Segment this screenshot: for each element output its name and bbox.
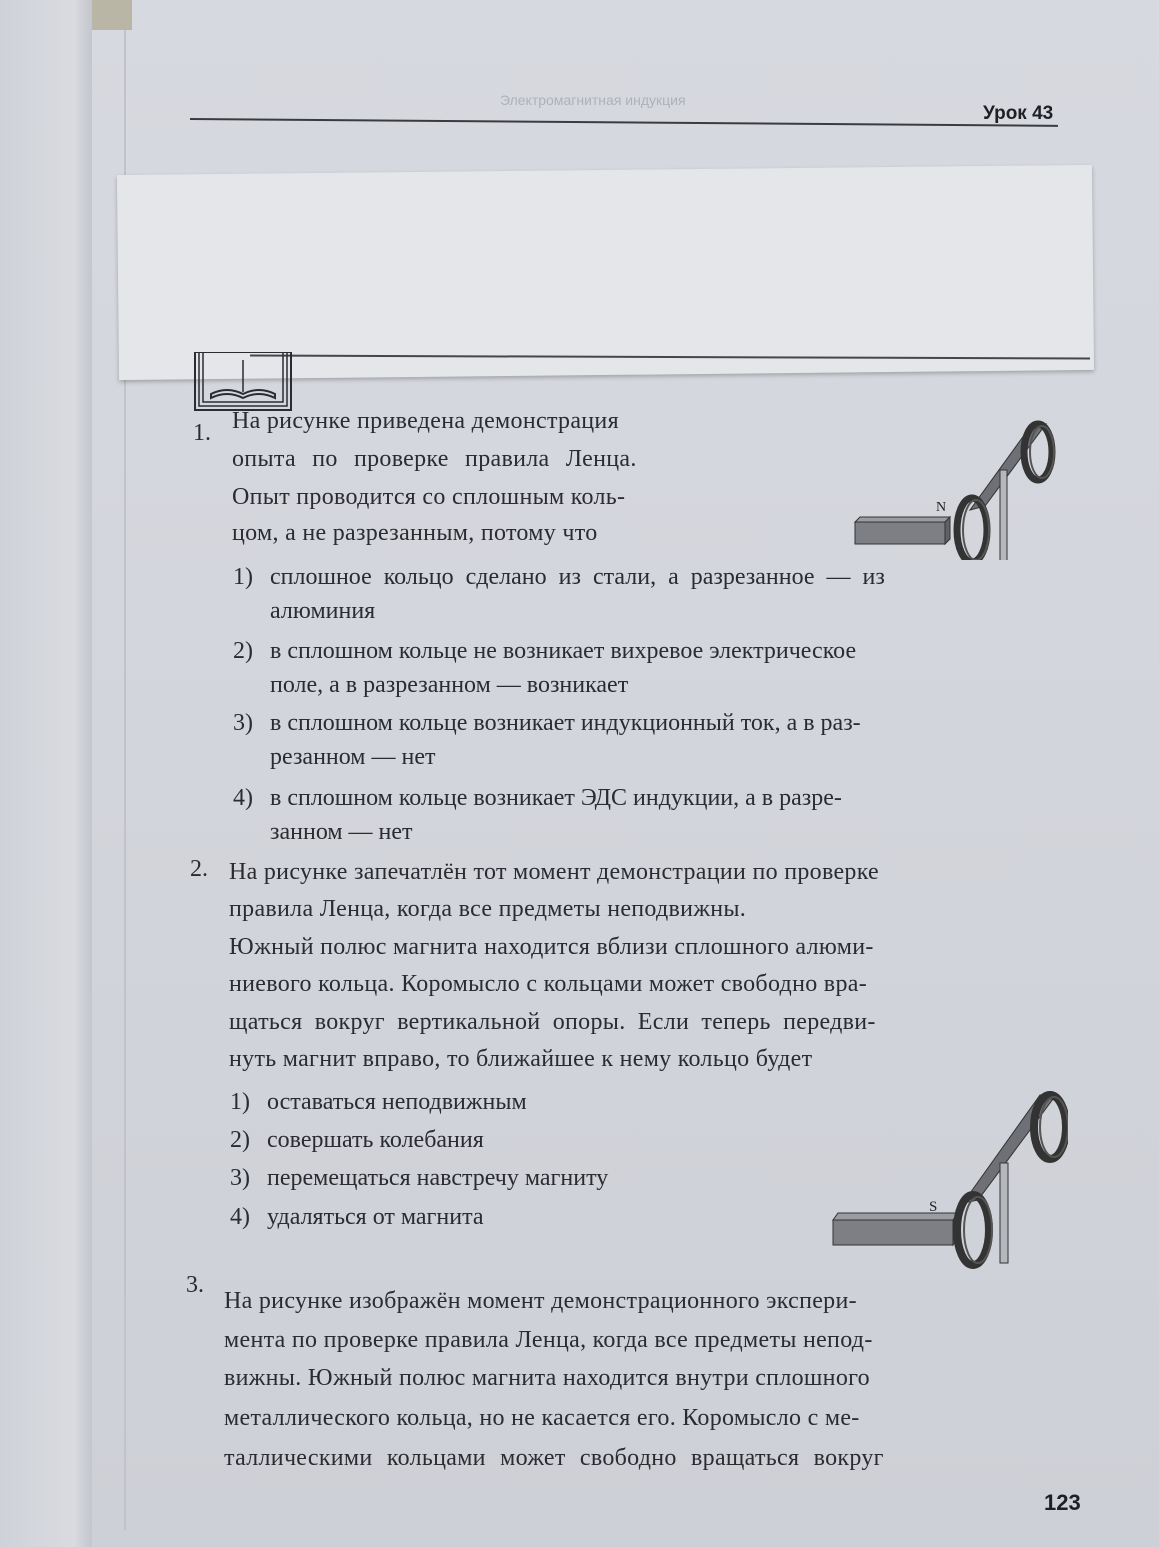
question-text-line: ниевого кольца. Коромысло с кольцами мож… — [229, 966, 867, 1002]
covering-paper-strip — [117, 165, 1094, 380]
option-text: совершать колебания — [267, 1123, 484, 1158]
answer-option-4[interactable]: 4) в сплошном кольце возникает ЭДС индук… — [233, 781, 1063, 853]
option-number: 2) — [230, 1123, 250, 1158]
option-number: 3) — [230, 1161, 250, 1196]
option-text: оставаться неподвижным — [267, 1085, 527, 1120]
question-text-line: цом, а не разрезанным, потому что — [232, 515, 598, 551]
answer-option-2[interactable]: 2) в сплошном кольце не возникает вихрев… — [233, 634, 1063, 706]
option-number: 1) — [230, 1085, 250, 1120]
question-text-line: Опыт проводится со сплошным коль- — [232, 479, 625, 515]
lenz-rule-apparatus-figure: N — [850, 410, 1060, 560]
option-text: алюминия — [270, 594, 375, 629]
answer-option-1[interactable]: 1) оставаться неподвижным — [230, 1085, 790, 1121]
left-page-edge — [0, 0, 92, 1547]
question-text-line: Южный полюс магнита находится вблизи спл… — [229, 929, 874, 965]
answer-option-4[interactable]: 4) удаляться от магнита — [230, 1200, 790, 1236]
question-text-line: На рисунке приведена демонстрация — [232, 403, 619, 439]
option-text: резанном — нет — [270, 740, 435, 775]
answer-option-3[interactable]: 3) в сплошном кольце возникает индукцион… — [233, 706, 1063, 778]
option-number: 4) — [230, 1200, 250, 1235]
question-number: 1. — [193, 420, 211, 447]
option-text: удаляться от магнита — [267, 1200, 484, 1235]
option-text: поле, а в разрезанном — возникает — [270, 668, 628, 703]
question-text-line: правила Ленца, когда все предметы неподв… — [229, 891, 746, 927]
question-number: 3. — [186, 1272, 204, 1299]
option-text: сплошное кольцо сделано из стали, а разр… — [270, 560, 885, 595]
option-text: в сплошном кольце возникает ЭДС индукции… — [270, 781, 842, 816]
option-number: 4) — [233, 781, 253, 816]
answer-option-1[interactable]: 1) сплошное кольцо сделано из стали, а р… — [233, 560, 1063, 632]
magnet-pole-label: S — [929, 1199, 937, 1215]
question-text-line: опыта по проверке правила Ленца. — [232, 441, 637, 477]
page-number: 123 — [1044, 1490, 1081, 1516]
answer-option-2[interactable]: 2) совершать колебания — [230, 1123, 790, 1159]
question-text-line: нуть магнит вправо, то ближайшее к нему … — [229, 1041, 812, 1077]
answer-option-3[interactable]: 3) перемещаться навстречу магниту — [230, 1161, 790, 1197]
question-number: 2. — [190, 856, 208, 883]
option-text: перемещаться навстречу магниту — [267, 1161, 608, 1196]
option-number: 3) — [233, 706, 253, 741]
question-text-line: вижны. Южный полюс магнита находится вну… — [224, 1360, 870, 1396]
option-text: занном — нет — [270, 815, 413, 850]
background-gap — [92, 0, 132, 30]
lenz-rule-apparatus-figure: S — [828, 1085, 1068, 1270]
magnet-pole-label: N — [936, 500, 946, 515]
option-number: 2) — [233, 634, 253, 669]
lesson-label: Урок 43 — [983, 103, 1053, 125]
question-text-line: мента по проверке правила Ленца, когда в… — [224, 1322, 873, 1358]
question-text-line: металлического кольца, но не касается ег… — [224, 1400, 860, 1436]
question-text-line: На рисунке изображён момент демонстрацио… — [224, 1283, 857, 1319]
option-text: в сплошном кольце не возникает вихревое … — [270, 634, 856, 669]
running-title: Электромагнитная индукция — [500, 92, 686, 108]
option-number: 1) — [233, 560, 253, 595]
question-text-line: таллическими кольцами может свободно вра… — [224, 1440, 884, 1476]
question-text-line: На рисунке запечатлён тот момент демонст… — [229, 854, 879, 890]
question-text-line: щаться вокруг вертикальной опоры. Если т… — [229, 1004, 876, 1040]
option-text: в сплошном кольце возникает индукционный… — [270, 706, 861, 741]
